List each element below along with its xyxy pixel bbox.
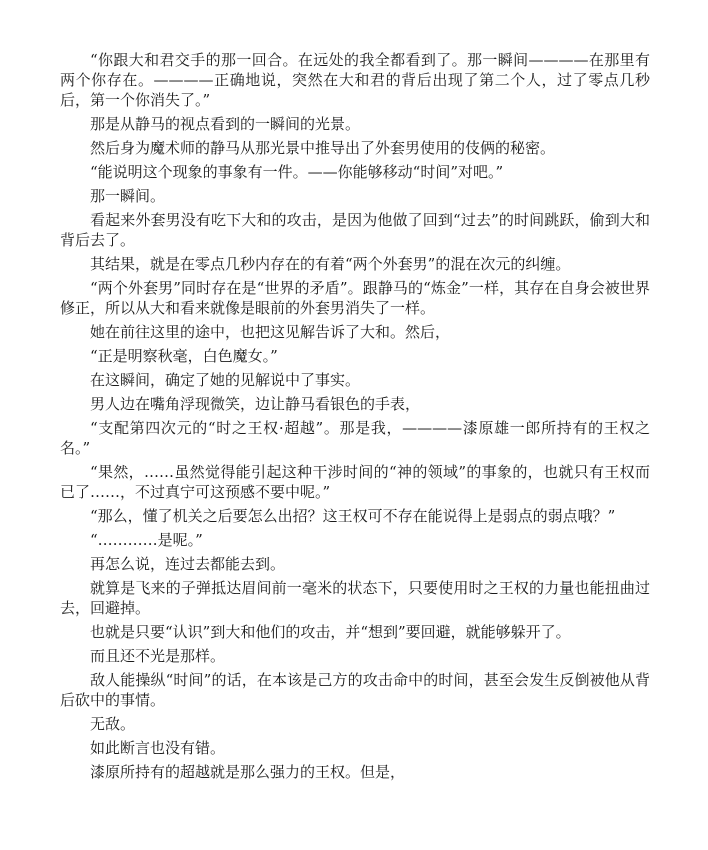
novel-text-page: “你跟大和君交手的那一回合。在远处的我全都看到了。那一瞬间————在那里有两个你…: [0, 0, 708, 850]
paragraph-19: 也就是只要“认识”到大和他们的攻击，并“想到”要回避，就能够躲开了。: [60, 622, 650, 642]
paragraph-07: 其结果，就是在零点几秒内存在的有着“两个外套男”的混在次元的纠缠。: [60, 254, 650, 274]
paragraph-14: “果然，……虽然觉得能引起这种干涉时间的“神的领域”的事象的，也就只有王权而已了…: [60, 462, 650, 502]
paragraph-03: 然后身为魔术师的静马从那光景中推导出了外套男使用的伎俩的秘密。: [60, 138, 650, 158]
paragraph-09: 她在前往这里的途中，也把这见解告诉了大和。然后，: [60, 322, 650, 342]
paragraph-18: 就算是飞来的子弹抵达眉间前一毫米的状态下，只要使用时之王权的力量也能扭曲过去，回…: [60, 578, 650, 618]
paragraph-22: 无敌。: [60, 714, 650, 734]
paragraph-06: 看起来外套男没有吃下大和的攻击，是因为他做了回到“过去”的时间跳跃，偷到大和背后…: [60, 210, 650, 250]
paragraph-13: “支配第四次元的“时之王权·超越”。那是我，————漆原雄一郎所持有的王权之名。…: [60, 418, 650, 458]
paragraph-08: “两个外套男”同时存在是“世界的矛盾”。跟静马的“炼金”一样，其存在自身会被世界…: [60, 278, 650, 318]
paragraph-04: “能说明这个现象的事象有一件。——你能够移动“时间”对吧。”: [60, 162, 650, 182]
paragraph-17: 再怎么说，连过去都能去到。: [60, 554, 650, 574]
paragraph-24: 漆原所持有的超越就是那么强力的王权。但是，: [60, 762, 650, 782]
paragraph-20: 而且还不光是那样。: [60, 646, 650, 666]
paragraph-10: “正是明察秋毫，白色魔女。”: [60, 346, 650, 366]
paragraph-21: 敌人能操纵“时间”的话，在本该是己方的攻击命中的时间，甚至会发生反倒被他从背后砍…: [60, 670, 650, 710]
paragraph-15: “那么，懂了机关之后要怎么出招？这王权可不存在能说得上是弱点的弱点哦？”: [60, 506, 650, 526]
paragraph-01: “你跟大和君交手的那一回合。在远处的我全都看到了。那一瞬间————在那里有两个你…: [60, 50, 650, 110]
paragraph-11: 在这瞬间，确定了她的见解说中了事实。: [60, 370, 650, 390]
paragraph-23: 如此断言也没有错。: [60, 738, 650, 758]
paragraph-16: “…………是呢。”: [60, 530, 650, 550]
paragraph-02: 那是从静马的视点看到的一瞬间的光景。: [60, 114, 650, 134]
paragraph-12: 男人边在嘴角浮现微笑，边让静马看银色的手表，: [60, 394, 650, 414]
paragraph-05: 那一瞬间。: [60, 186, 650, 206]
